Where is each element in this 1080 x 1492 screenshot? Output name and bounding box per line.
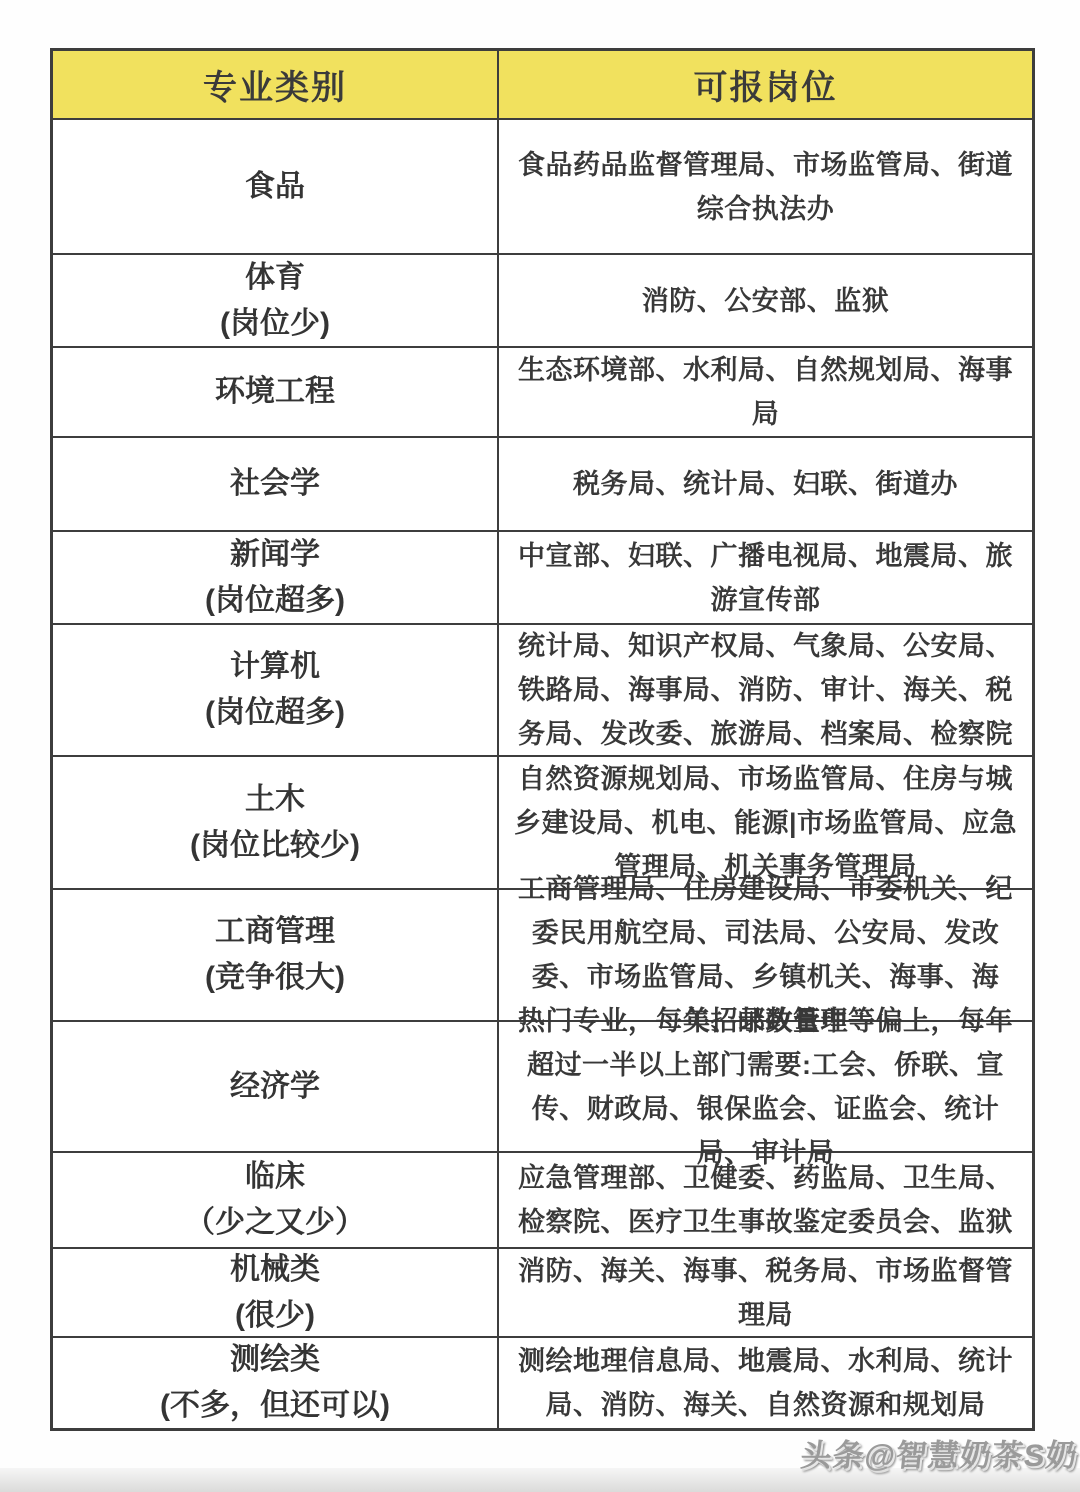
positions-cell: 食品药品监督管理局、市场监管局、街道综合执法办 bbox=[499, 120, 1032, 253]
category-name: 食品 bbox=[245, 164, 305, 210]
positions-text: 统计局、知识产权局、气象局、公安局、铁路局、海事局、消防、审计、海关、税务局、发… bbox=[513, 624, 1018, 756]
positions-cell: 测绘地理信息局、地震局、水利局、统计局、消防、海关、自然资源和规划局 bbox=[499, 1338, 1032, 1428]
category-name: 社会学 bbox=[230, 461, 320, 507]
category-note: (竞争很大) bbox=[205, 955, 345, 1001]
positions-text: 税务局、统计局、妇联、街道办 bbox=[573, 462, 958, 506]
majors-positions-table: 专业类别 可报岗位 食品 食品药品监督管理局、市场监管局、街道综合执法办 体育 … bbox=[50, 48, 1035, 1431]
category-note: (很少) bbox=[235, 1293, 315, 1339]
category-cell: 计算机 (岗位超多) bbox=[53, 625, 499, 755]
category-cell: 土木 (岗位比较少) bbox=[53, 757, 499, 888]
table-row: 经济学 热门专业，每年招录数量中等偏上，每年超过一半以上部门需要:工会、侨联、宣… bbox=[53, 1020, 1032, 1151]
category-name: 计算机 bbox=[230, 644, 320, 690]
table-row: 计算机 (岗位超多) 统计局、知识产权局、气象局、公安局、铁路局、海事局、消防、… bbox=[53, 623, 1032, 755]
positions-cell: 消防、公安部、监狱 bbox=[499, 255, 1032, 346]
header-category-label: 专业类别 bbox=[203, 60, 347, 109]
positions-cell: 中宣部、妇联、广播电视局、地震局、旅游宣传部 bbox=[499, 532, 1032, 623]
table-row: 机械类 (很少) 消防、海关、海事、税务局、市场监督管理局 bbox=[53, 1247, 1032, 1336]
category-cell: 新闻学 (岗位超多) bbox=[53, 532, 499, 623]
category-cell: 测绘类 (不多，但还可以) bbox=[53, 1338, 499, 1428]
positions-cell: 税务局、统计局、妇联、街道办 bbox=[499, 438, 1032, 530]
positions-text: 食品药品监督管理局、市场监管局、街道综合执法办 bbox=[513, 143, 1018, 231]
page: 专业类别 可报岗位 食品 食品药品监督管理局、市场监管局、街道综合执法办 体育 … bbox=[0, 0, 1080, 1492]
positions-text: 消防、公安部、监狱 bbox=[642, 279, 890, 323]
table-row: 环境工程 生态环境部、水利局、自然规划局、海事局 bbox=[53, 346, 1032, 436]
header-positions-label: 可报岗位 bbox=[694, 60, 838, 109]
table-row: 社会学 税务局、统计局、妇联、街道办 bbox=[53, 436, 1032, 530]
table-row: 新闻学 (岗位超多) 中宣部、妇联、广播电视局、地震局、旅游宣传部 bbox=[53, 530, 1032, 623]
category-name: 测绘类 bbox=[230, 1337, 320, 1383]
category-note: (岗位超多) bbox=[205, 690, 345, 736]
positions-text: 测绘地理信息局、地震局、水利局、统计局、消防、海关、自然资源和规划局 bbox=[513, 1339, 1018, 1427]
positions-cell: 热门专业，每年招录数量中等偏上，每年超过一半以上部门需要:工会、侨联、宣传、财政… bbox=[499, 1022, 1032, 1151]
bottom-gradient bbox=[0, 1468, 1080, 1492]
category-note: (岗位超多) bbox=[205, 578, 345, 624]
category-name: 机械类 bbox=[230, 1247, 320, 1293]
positions-cell: 消防、海关、海事、税务局、市场监督管理局 bbox=[499, 1249, 1032, 1336]
table-row: 食品 食品药品监督管理局、市场监管局、街道综合执法办 bbox=[53, 118, 1032, 253]
category-cell: 食品 bbox=[53, 120, 499, 253]
category-cell: 环境工程 bbox=[53, 348, 499, 436]
category-name: 新闻学 bbox=[230, 532, 320, 578]
positions-text: 应急管理部、卫健委、药监局、卫生局、检察院、医疗卫生事故鉴定委员会、监狱 bbox=[513, 1156, 1018, 1244]
category-name: 环境工程 bbox=[215, 369, 335, 415]
category-note: (岗位比较少) bbox=[190, 823, 360, 869]
positions-text: 中宣部、妇联、广播电视局、地震局、旅游宣传部 bbox=[513, 534, 1018, 622]
category-cell: 社会学 bbox=[53, 438, 499, 530]
category-cell: 体育 (岗位少) bbox=[53, 255, 499, 346]
header-positions: 可报岗位 bbox=[499, 51, 1032, 118]
category-cell: 经济学 bbox=[53, 1022, 499, 1151]
category-name: 体育 bbox=[245, 255, 305, 301]
table-header-row: 专业类别 可报岗位 bbox=[53, 51, 1032, 118]
category-name: 工商管理 bbox=[215, 909, 335, 955]
category-note: （少之又少） bbox=[185, 1200, 365, 1246]
positions-text: 生态环境部、水利局、自然规划局、海事局 bbox=[513, 348, 1018, 436]
table-row: 体育 (岗位少) 消防、公安部、监狱 bbox=[53, 253, 1032, 346]
table-row: 测绘类 (不多，但还可以) 测绘地理信息局、地震局、水利局、统计局、消防、海关、… bbox=[53, 1336, 1032, 1428]
positions-cell: 生态环境部、水利局、自然规划局、海事局 bbox=[499, 348, 1032, 436]
category-cell: 机械类 (很少) bbox=[53, 1249, 499, 1336]
category-name: 临床 bbox=[245, 1154, 305, 1200]
positions-text: 热门专业，每年招录数量中等偏上，每年超过一半以上部门需要:工会、侨联、宣传、财政… bbox=[513, 999, 1018, 1175]
category-note: (不多，但还可以) bbox=[160, 1383, 390, 1429]
header-category: 专业类别 bbox=[53, 51, 499, 118]
category-note: (岗位少) bbox=[220, 301, 330, 347]
positions-cell: 应急管理部、卫健委、药监局、卫生局、检察院、医疗卫生事故鉴定委员会、监狱 bbox=[499, 1153, 1032, 1247]
category-cell: 临床 （少之又少） bbox=[53, 1153, 499, 1247]
positions-text: 消防、海关、海事、税务局、市场监督管理局 bbox=[513, 1249, 1018, 1337]
category-name: 土木 bbox=[245, 777, 305, 823]
category-name: 经济学 bbox=[230, 1064, 320, 1110]
positions-cell: 统计局、知识产权局、气象局、公安局、铁路局、海事局、消防、审计、海关、税务局、发… bbox=[499, 625, 1032, 755]
table-row: 临床 （少之又少） 应急管理部、卫健委、药监局、卫生局、检察院、医疗卫生事故鉴定… bbox=[53, 1151, 1032, 1247]
category-cell: 工商管理 (竞争很大) bbox=[53, 890, 499, 1020]
